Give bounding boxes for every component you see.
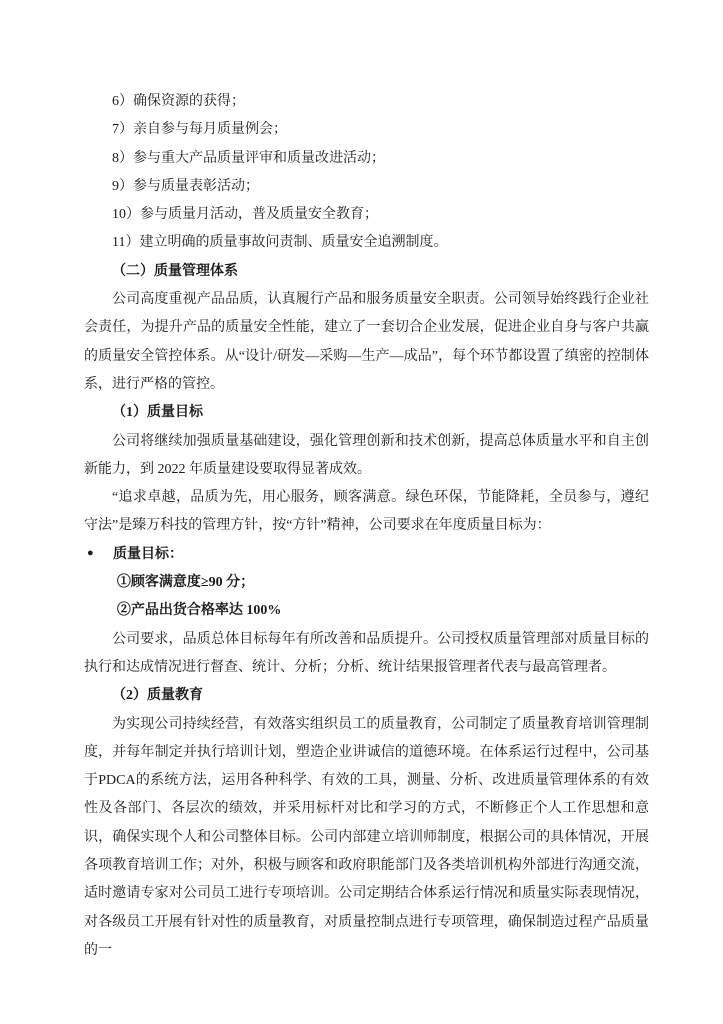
paragraph-quality-education: 为实现公司持续经营，有效落实组织员工的质量教育，公司制定了质量教育培训管理制度，… [84, 711, 649, 966]
document-page: 6）确保资源的获得； 7）亲自参与每月质量例会； 8）参与重大产品质量评审和质量… [0, 0, 723, 1024]
duty-list-item-7: 7）亲自参与每月质量例会； [112, 116, 649, 144]
section-heading-quality-management-system: （二）质量管理体系 [112, 258, 649, 286]
bullet-label: 质量目标： [113, 547, 183, 562]
paragraph-goal-supervision: 公司要求，品质总体目标每年有所改善和品质提升。公司授权质量管理部对质量目标的执行… [84, 626, 649, 683]
bullet-line-quality-goal: ●质量目标： [84, 541, 649, 569]
paragraph-quality-policy: “追求卓越，品质为先，用心服务，顾客满意。绿色环保，节能降耗，全员参与，遵纪守法… [84, 484, 649, 541]
bullet-icon: ● [87, 539, 113, 567]
duty-list-item-9: 9）参与质量表彰活动； [112, 173, 649, 201]
duty-list-item-6: 6）确保资源的获得； [112, 88, 649, 116]
goal-item-customer-satisfaction: ①顾客满意度≥90 分； [117, 569, 649, 597]
duty-list-item-11: 11）建立明确的质量事故问责制、质量安全追溯制度。 [112, 229, 649, 257]
subsection-heading-quality-education: （2）质量教育 [112, 682, 649, 710]
duty-list-item-8: 8）参与重大产品质量评审和质量改进活动； [112, 145, 649, 173]
paragraph-qms-intro: 公司高度重视产品品质，认真履行产品和服务质量安全职责。公司领导始终践行企业社会责… [84, 286, 649, 399]
subsection-heading-quality-goal: （1）质量目标 [112, 399, 649, 427]
duty-list-item-10: 10）参与质量月活动，普及质量安全教育； [112, 201, 649, 229]
paragraph-quality-goal-plan: 公司将继续加强质量基础建设，强化管理创新和技术创新，提高总体质量水平和自主创新能… [84, 428, 649, 485]
goal-item-shipment-pass-rate: ②产品出货合格率达 100% [117, 597, 649, 625]
